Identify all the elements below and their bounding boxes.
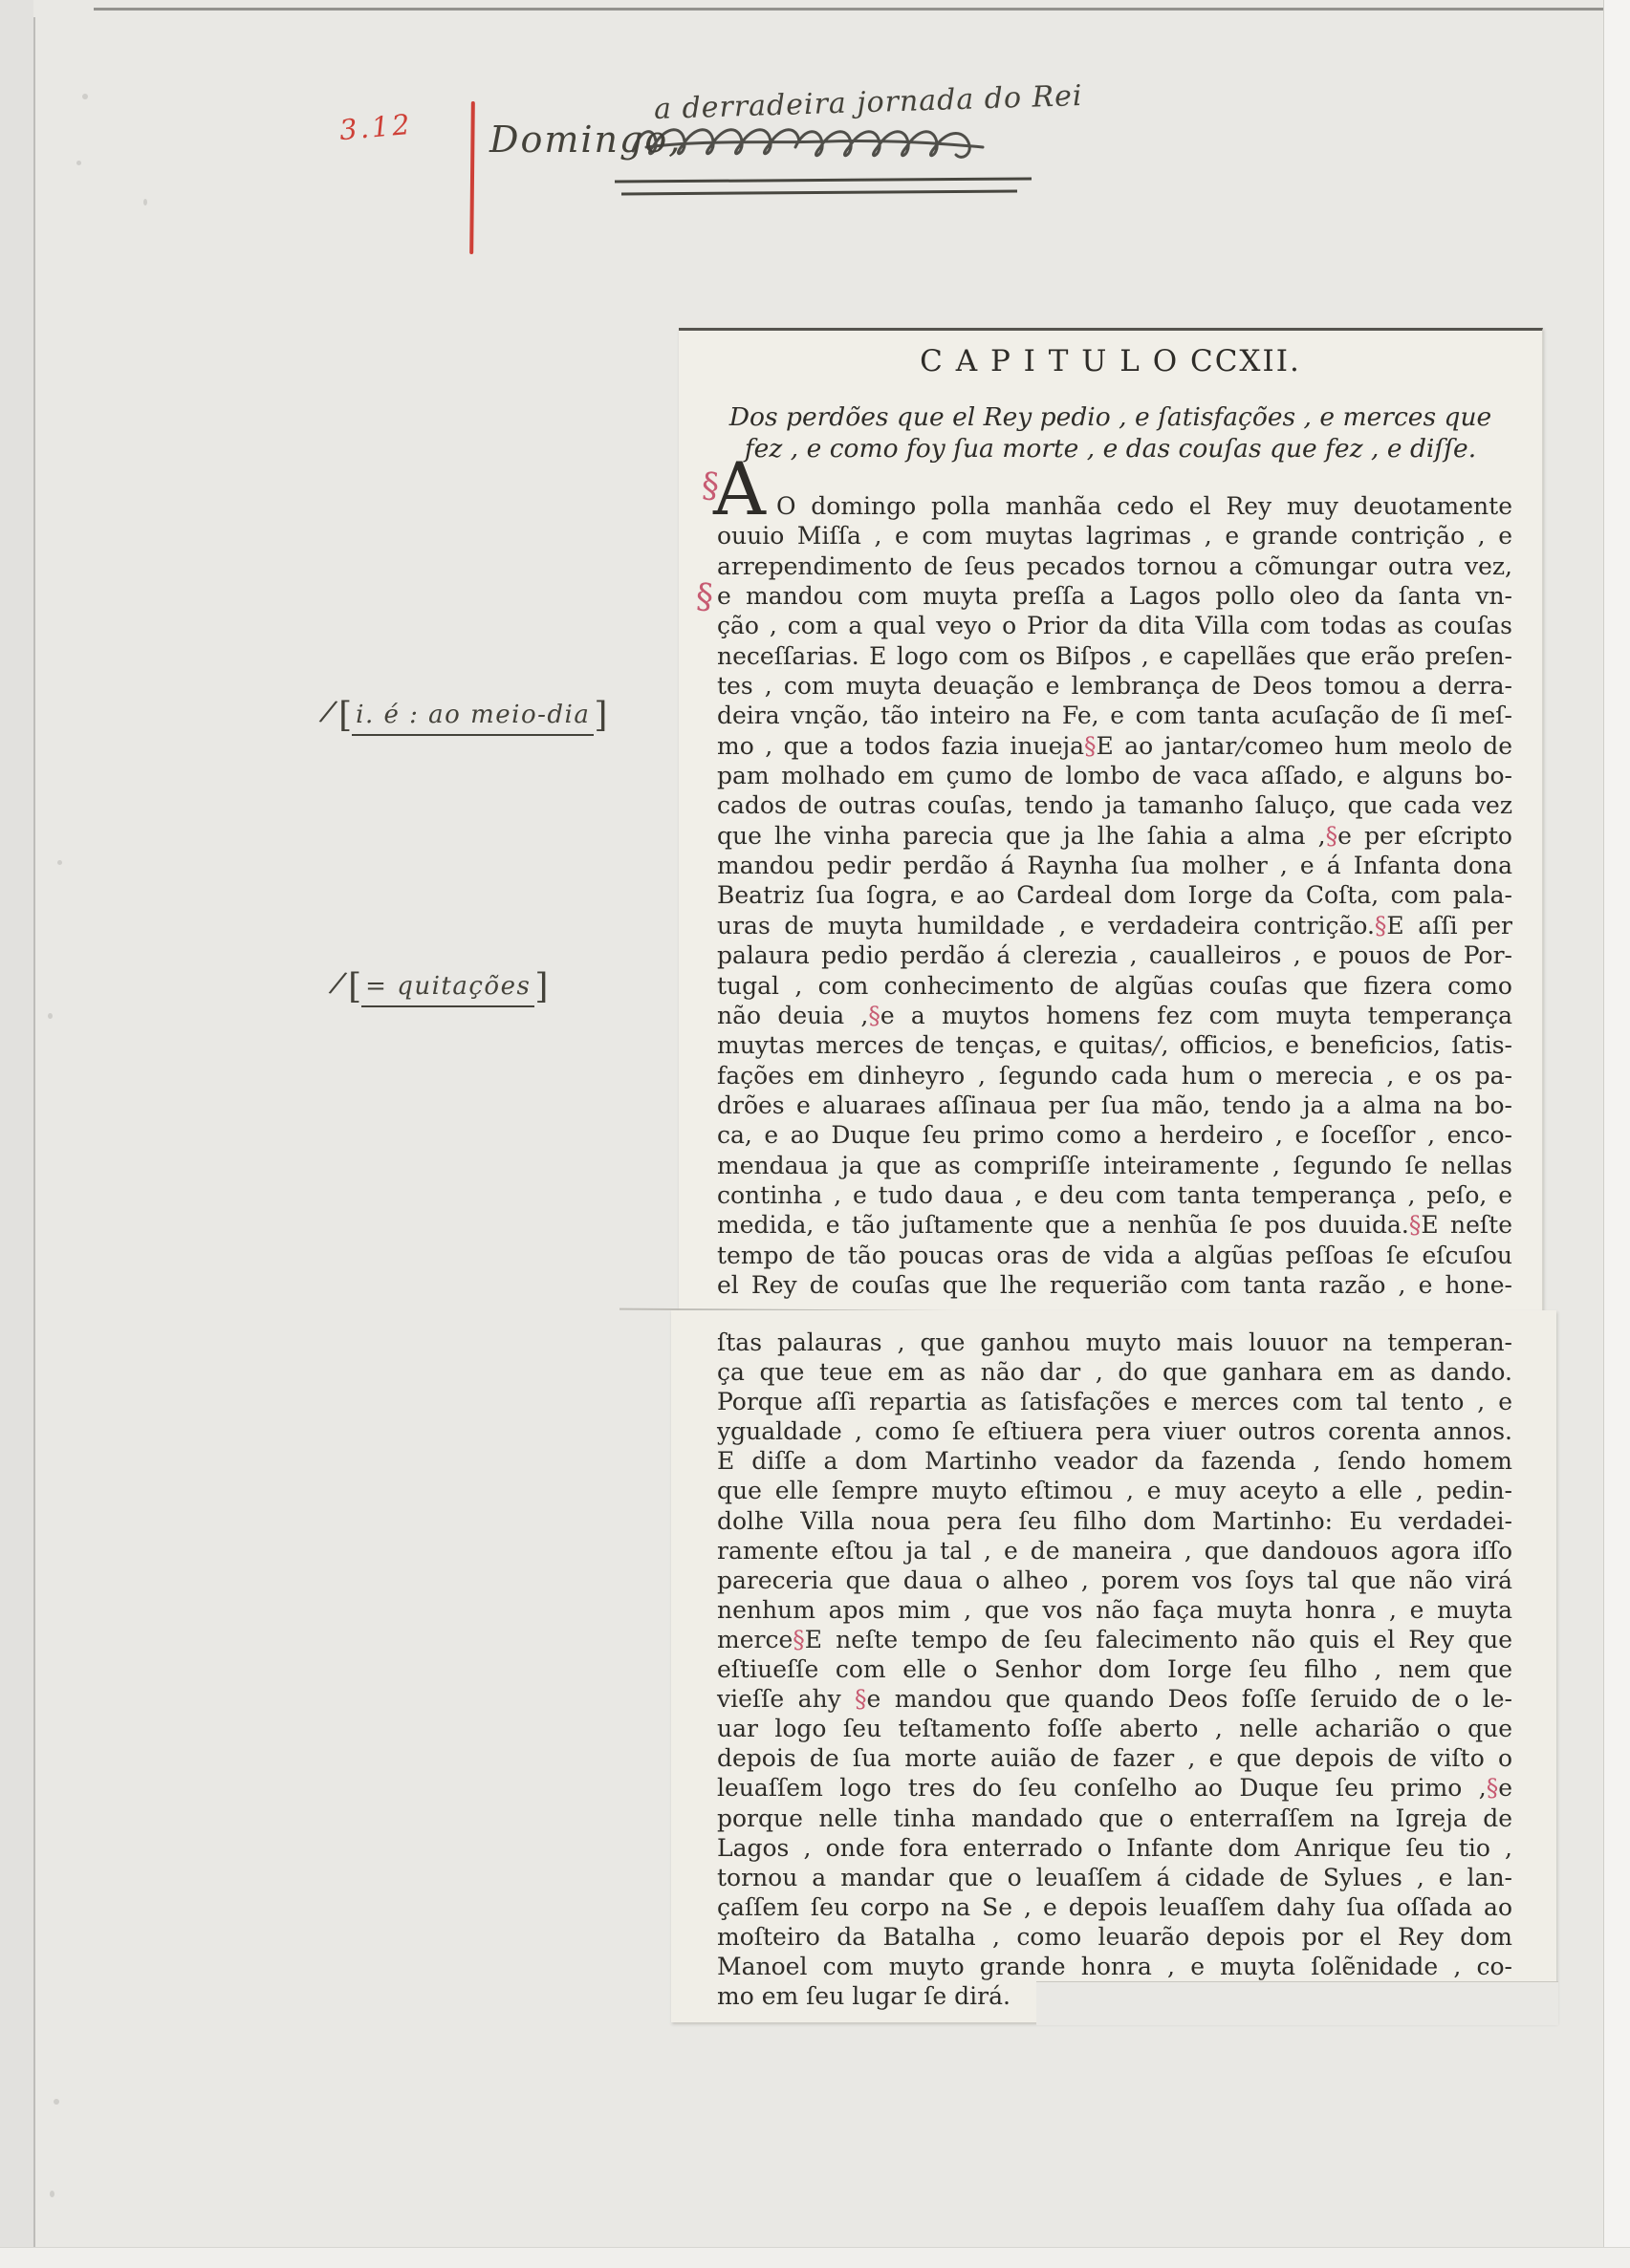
body-text-bottom: ſtas palauras , que ganhou muyto mais lo…: [717, 1328, 1512, 2011]
text-line: uras de muyta humildade , e verdadeira c…: [717, 911, 1512, 940]
margin-note-text: = quitações: [361, 972, 534, 1007]
margin-note-meio-dia: ∕[i. é : ao meio-dia]: [323, 696, 607, 735]
bracket-open: [: [338, 696, 352, 735]
text-line: mendaua ja que as compriſſe inteiramente…: [717, 1151, 1512, 1180]
paper-speck: [48, 1013, 53, 1019]
text-line: fações em dinheyro , ſegundo cada hum o …: [717, 1061, 1512, 1091]
printed-clipping-top: C A P I T U L O CCXII. Dos perdões que e…: [679, 328, 1543, 1325]
text-line: uar logo ſeu teſtamento foſſe aberto , n…: [717, 1714, 1512, 1743]
text-line: E diſſe a dom Martinho veador da fazenda…: [717, 1446, 1512, 1476]
sheet-left-edge-line: [33, 17, 35, 2268]
margin-note-text: i. é : ao meio-dia: [352, 701, 594, 736]
text-line: deira vnção, tão inteiro na Fe, e com ta…: [717, 701, 1512, 730]
text-line: ſtas palauras , que ganhou muyto mais lo…: [717, 1328, 1512, 1357]
text-line: Beatriz ſua ſogra, e ao Cardeal dom Iorg…: [717, 880, 1512, 910]
margin-note-prefix-stroke: /: [330, 965, 346, 1000]
text-line: ramente eſtou ja tal , e de maneira , qu…: [717, 1536, 1512, 1566]
text-line: continha , e tudo daua , e deu com tanta…: [717, 1180, 1512, 1210]
text-line: merce§E neſte tempo de ſeu falecimento n…: [717, 1625, 1512, 1654]
text-line: O domingo polla manhãa cedo el Rey muy d…: [717, 491, 1512, 521]
sheet-left-edge: [0, 0, 33, 2268]
inline-red-section-mark: §: [793, 1626, 805, 1653]
text-line: Lagos , onde fora enterrado o Infante do…: [717, 1833, 1512, 1863]
title-underline-2: [621, 190, 1017, 196]
text-line: eſtiueſſe com elle o Senhor dom Iorge ſe…: [717, 1654, 1512, 1684]
text-line: tempo de tão poucas oras de vida a algũa…: [717, 1241, 1512, 1270]
subtitle-line: fez , e como foy ſua morte , e das couſa…: [679, 433, 1542, 464]
paper-speck: [50, 2191, 54, 2197]
text-line: tugal , com conhecimento de algũas couſa…: [717, 971, 1512, 1001]
text-line: ouuio Miſſa , e com muytas lagrimas , e …: [717, 521, 1512, 551]
red-vertical-line: [469, 101, 475, 254]
inline-slash-mark: ∕: [1236, 732, 1244, 760]
text-line: depois de ſua morte auião de fazer , e q…: [717, 1743, 1512, 1773]
paper-speck: [57, 860, 62, 865]
inline-red-section-mark: §: [1326, 822, 1338, 850]
printed-clipping-bottom: ſtas palauras , que ganhou muyto mais lo…: [671, 1310, 1556, 2022]
text-line: muytas merces de tenças, e quitas∕, offi…: [717, 1030, 1512, 1060]
text-line: ygualdade , como ſe eſtiuera pera viuer …: [717, 1416, 1512, 1446]
inline-red-section-mark: §: [1487, 1774, 1499, 1802]
text-line: neceſſarias. E logo com os Biſpos , e ca…: [717, 641, 1512, 671]
text-line: çaſſem ſeu corpo na Se , e depois leuaſſ…: [717, 1892, 1512, 1922]
subtitle-line: Dos perdões que el Rey pedio , e ſatisfa…: [679, 401, 1542, 433]
inline-slash-mark: ∕: [1153, 1031, 1161, 1059]
margin-note-quitacoes: /[= quitações]: [333, 967, 548, 1006]
text-line: dolhe Villa noua pera ſeu filho dom Mart…: [717, 1506, 1512, 1536]
red-section-mark: §: [694, 576, 715, 617]
text-line: vieſſe ahy §e mandou que quando Deos foſ…: [717, 1684, 1512, 1714]
paper-speck: [82, 94, 88, 99]
sheet-bottom-edge: [0, 2247, 1630, 2268]
scanned-document-page: 3.12 a derradeira jornada do Rei Domingo…: [0, 0, 1630, 2268]
text-line: el Rey de couſas que lhe requerião com t…: [717, 1270, 1512, 1300]
text-line: que lhe vinha parecia que ja lhe ſahia a…: [717, 821, 1512, 851]
text-line: tes , com muyta deuação e lembrança de D…: [717, 671, 1512, 701]
bracket-close: ]: [534, 967, 548, 1006]
inline-red-section-mark: §: [1409, 1211, 1422, 1239]
text-line: drões e aluaraes aſſinaua per ſua mão, t…: [717, 1091, 1512, 1120]
text-line: leuaſſem logo tres do ſeu conſelho ao Du…: [717, 1773, 1512, 1803]
paper-speck: [54, 2099, 59, 2105]
paper-speck: [76, 161, 81, 165]
text-line: mandou pedir perdão á Raynha ſua molher …: [717, 851, 1512, 880]
text-line: Porque aſſi repartia as ſatisfações e me…: [717, 1387, 1512, 1416]
sheet-top-edge-line: [94, 8, 1630, 11]
text-line: pareceria que daua o alheo , porem vos ſ…: [717, 1566, 1512, 1595]
text-line: pam molhado em çumo de lombo de vaca aſſ…: [717, 761, 1512, 790]
bracket-open: [: [348, 967, 361, 1006]
text-line: palaura pedio perdão á clerezia , cauall…: [717, 940, 1512, 970]
text-line: não deuia ,§e a muytos homens fez com mu…: [717, 1001, 1512, 1030]
bracket-close: ]: [594, 696, 607, 735]
inline-red-section-mark: §: [1084, 732, 1097, 760]
text-line: ça que teue em as não dar , do que ganha…: [717, 1357, 1512, 1387]
text-line: porque nelle tinha mandado que o enterra…: [717, 1804, 1512, 1833]
text-line: medida, e tão juſtamente que a nenhũa ſe…: [717, 1210, 1512, 1240]
text-line: arrependimento de ſeus pecados tornou a …: [717, 551, 1512, 581]
text-line: nenhum apos mim , que vos não faça muyta…: [717, 1595, 1512, 1625]
inline-red-section-mark: §: [855, 1685, 867, 1713]
text-line: ção , com a qual veyo o Prior da dita Vi…: [717, 611, 1512, 640]
inline-red-section-mark: §: [868, 1002, 880, 1029]
text-line: tornou a mandar que o leuaſſem á cidade …: [717, 1863, 1512, 1892]
margin-note-prefix-stroke: ∕: [320, 694, 337, 728]
paper-speck: [143, 199, 147, 205]
text-line: que elle ſempre muyto eſtimou , e muy ac…: [717, 1476, 1512, 1505]
text-line: e mandou com muyta preſſa a Lagos pollo …: [717, 581, 1512, 611]
chapter-heading: C A P I T U L O CCXII.: [679, 344, 1542, 378]
clipping-bottom-cut: [1036, 1981, 1558, 2025]
text-line: mo , que a todos fazia inueja§E ao janta…: [717, 731, 1512, 761]
chapter-subtitle: Dos perdões que el Rey pedio , e ſatisfa…: [679, 401, 1542, 464]
inline-red-section-mark: §: [1375, 912, 1387, 940]
title-underline-1: [615, 177, 1032, 183]
text-line: ca, e ao Duque ſeu primo como a herdeiro…: [717, 1120, 1512, 1150]
red-page-number: 3.12: [338, 108, 414, 147]
scan-background-right: [1603, 0, 1630, 2268]
body-text-top: O domingo polla manhãa cedo el Rey muy d…: [717, 491, 1512, 1300]
scribble-strikethrough: [627, 119, 994, 170]
text-line: cados de outras couſas, tendo ja tamanho…: [717, 790, 1512, 820]
text-line: moſteiro da Batalha , como leuarão depoi…: [717, 1922, 1512, 1952]
text-line: Manoel com muyto grande honra , e muyta …: [717, 1952, 1512, 1981]
